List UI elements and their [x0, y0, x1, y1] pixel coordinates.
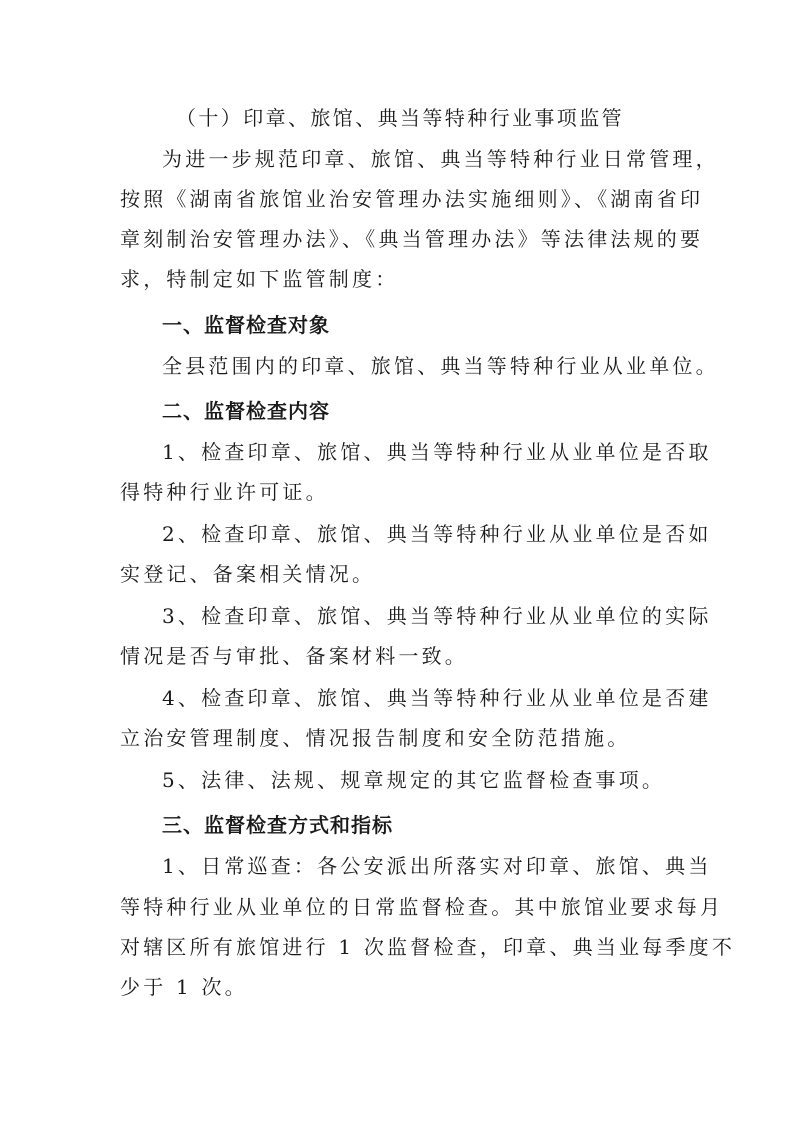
intro-line-3: 章刻制治安管理办法》、《典当管理办法》等法律法规的要: [120, 225, 675, 253]
method-1-line-1: 1、日常巡查：各公安派出所落实对印章、旅馆、典当: [162, 852, 717, 880]
intro-line-2: 按照《湖南省旅馆业治安管理办法实施细则》、《湖南省印: [120, 185, 675, 213]
item-4-line-1: 4、检查印章、旅馆、典当等特种行业从业单位是否建: [162, 684, 717, 712]
document-page: （十）印章、旅馆、典当等特种行业事项监管 为进一步规范印章、旅馆、典当等特种行业…: [0, 0, 793, 1122]
item-1-line-1: 1、检查印章、旅馆、典当等特种行业从业单位是否取: [162, 438, 717, 466]
section-title: （十）印章、旅馆、典当等特种行业事项监管: [150, 104, 650, 132]
method-1-line-2: 等特种行业从业单位的日常监督检查。其中旅馆业要求每月: [120, 893, 675, 921]
intro-line-1: 为进一步规范印章、旅馆、典当等特种行业日常管理，: [162, 145, 717, 173]
method-1-line-3: 对辖区所有旅馆进行 1 次监督检查，印章、典当业每季度不: [120, 933, 675, 961]
intro-line-4: 求，特制定如下监管制度：: [120, 265, 675, 293]
item-2-line-2: 实登记、备案相关情况。: [120, 560, 675, 588]
item-3-line-2: 情况是否与审批、备案材料一致。: [120, 642, 675, 670]
item-1-line-2: 得特种行业许可证。: [120, 478, 675, 506]
item-4-line-2: 立治安管理制度、情况报告制度和安全防范措施。: [120, 724, 675, 752]
heading-3: 三、监督检查方式和指标: [162, 811, 717, 839]
item-2-line-1: 2、检查印章、旅馆、典当等特种行业从业单位是否如: [162, 520, 717, 548]
heading-2: 二、监督检查内容: [162, 397, 717, 425]
item-3-line-1: 3、检查印章、旅馆、典当等特种行业从业单位的实际: [162, 602, 717, 630]
item-5-line-1: 5、法律、法规、规章规定的其它监督检查事项。: [162, 766, 717, 794]
scope-text: 全县范围内的印章、旅馆、典当等特种行业从业单位。: [162, 352, 717, 380]
method-1-line-4: 少于 1 次。: [120, 973, 675, 1001]
heading-1: 一、监督检查对象: [162, 311, 717, 339]
